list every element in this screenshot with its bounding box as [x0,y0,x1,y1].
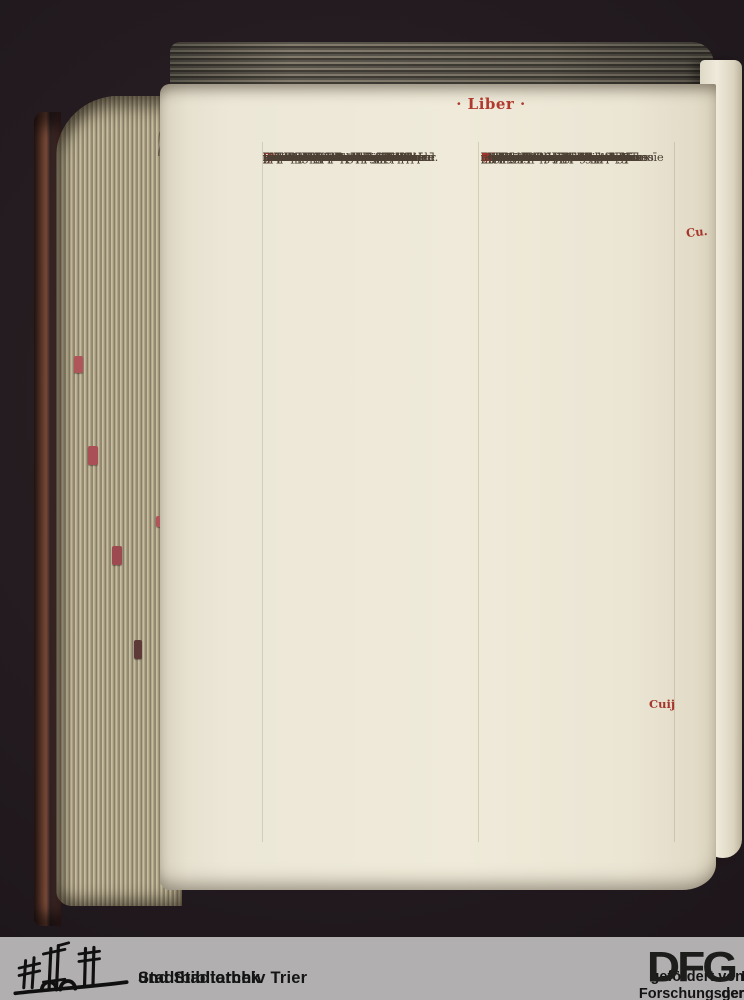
open-page: · Liber · ponitur quod iam omēs sarcopha… [160,84,716,890]
running-title: · Liber · [456,95,526,113]
bookmark-tab [74,356,83,373]
book-top-edge [170,42,714,88]
margin-note-rubric: Cu. [685,224,708,240]
ruling-line [674,142,675,842]
digitized-manuscript-photo: · Liber · ponitur quod iam omēs sarcopha… [0,0,744,1000]
ruling-line [262,142,263,842]
dfg-logo: DFG [647,941,735,993]
bookmark-tab [112,546,122,565]
footer-bar: Stadtbibliothek und Stadtarchiv Trier ge… [0,937,744,1000]
bookmark-tab [134,640,142,659]
stadtbibliothek-trier-logo [12,940,130,998]
ruling-line [478,142,479,842]
bookmark-tab [88,446,98,465]
margin-note-rubric: Cuij [649,697,675,711]
library-name-line2: und Stadtarchiv Trier [138,969,307,988]
